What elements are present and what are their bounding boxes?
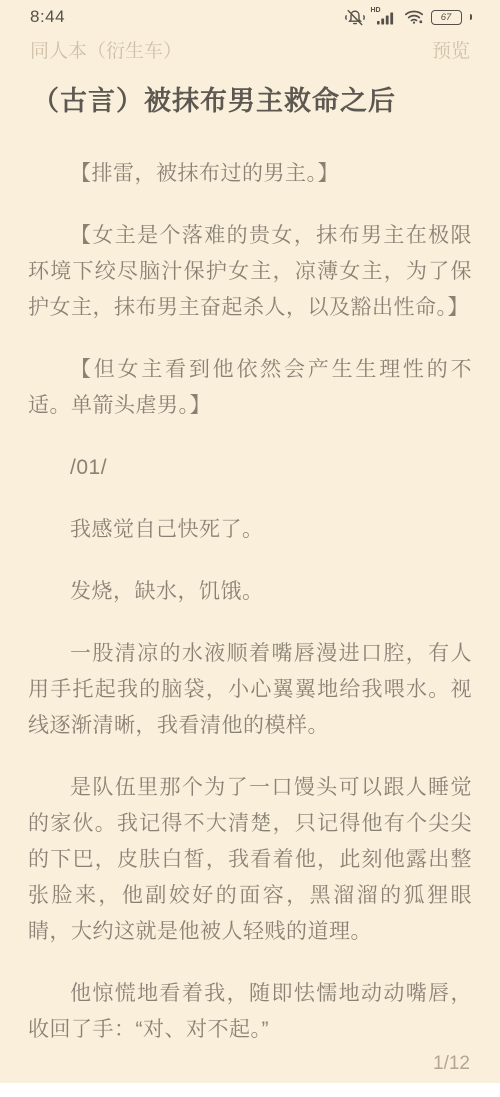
page-indicator: 1/12 (433, 1053, 470, 1075)
battery-icon: 67 (431, 10, 462, 25)
status-bar: 8:44 HD (0, 0, 500, 34)
paragraph: 【排雷，被抹布过的男主。】 (28, 156, 472, 192)
battery-percent: 67 (441, 12, 452, 23)
paragraph: /01/ (28, 450, 472, 486)
article-body: 【排雷，被抹布过的男主。】【女主是个落难的贵女，抹布男主在极限环境下绞尽脑汁保护… (28, 156, 472, 1048)
paragraph: 是队伍里那个为了一口馒头可以跟人睡觉的家伙。我记得不大清楚，只记得他有个尖尖的下… (28, 770, 472, 950)
wifi-icon (404, 9, 424, 25)
clock: 8:44 (30, 7, 65, 27)
paragraph: 发烧，缺水，饥饿。 (28, 574, 472, 610)
mute-vibrate-icon (344, 9, 366, 26)
paragraph: 一股清凉的水液顺着嘴唇漫进口腔，有人用手托起我的脑袋，小心翼翼地给我喂水。视线逐… (28, 636, 472, 744)
signal-strength-icon: HD (373, 8, 397, 26)
reader-screen: 8:44 HD (0, 0, 500, 1097)
paragraph: 我感觉自己快死了。 (28, 512, 472, 548)
bottom-edge-strip (0, 1083, 500, 1097)
paragraph: 他惊慌地看着我，随即怯懦地动动嘴唇，收回了手：“对、对不起。” (28, 976, 472, 1048)
paragraph: 【女主是个落难的贵女，抹布男主在极限环境下绞尽脑汁保护女主，凉薄女主，为了保护女… (28, 218, 472, 326)
battery-nub (470, 14, 473, 20)
preview-button[interactable]: 预览 (432, 36, 470, 63)
category-breadcrumb: 同人本（衍生车） (30, 36, 182, 63)
article-title: （古言）被抹布男主救命之后 (32, 84, 472, 118)
header-bar: 同人本（衍生车） 预览 (0, 34, 500, 64)
status-icons: HD 67 (344, 8, 473, 26)
paragraph: 【但女主看到他依然会产生生理性的不适。单箭头虐男。】 (28, 352, 472, 424)
